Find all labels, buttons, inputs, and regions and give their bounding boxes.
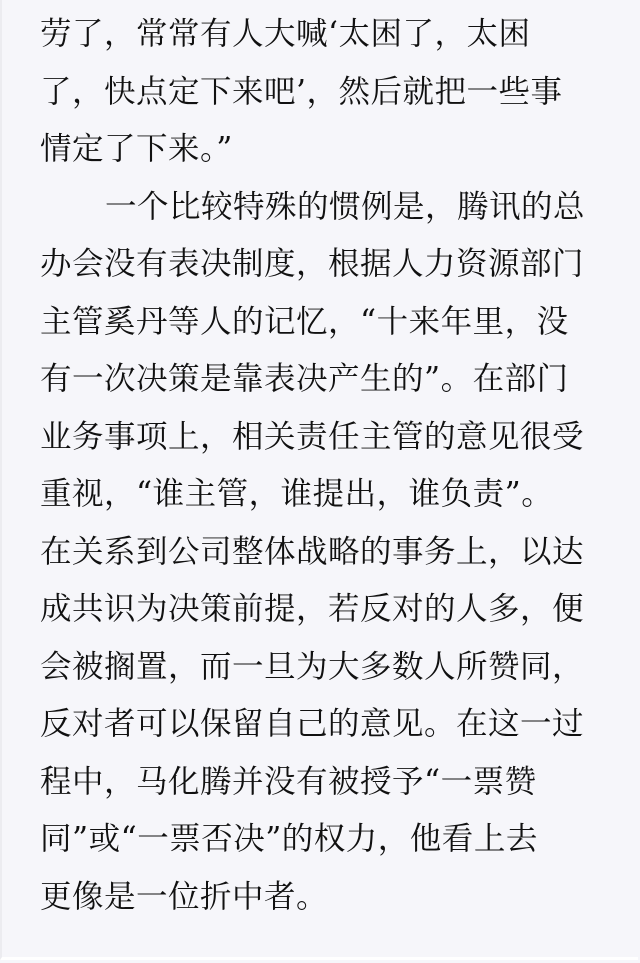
- text-line: 更像是一位折中者。: [40, 869, 612, 927]
- text-line: 一个比较特殊的惯例是，腾讯的总: [40, 179, 612, 237]
- text-line: 了，快点定下来吧’，然后就把一些事: [40, 64, 612, 122]
- text-line: 反对者可以保留自己的意见。在这一过: [40, 696, 612, 754]
- text-line: 在关系到公司整体战略的事务上，以达: [40, 524, 612, 582]
- text-line: 同”或“一票否决”的权力，他看上去: [40, 811, 612, 869]
- paragraph-2: 一个比较特殊的惯例是，腾讯的总 办会没有表决制度，根据人力资源部门 主管奚丹等人…: [40, 179, 612, 927]
- text-line: 情定了下来。”: [40, 121, 612, 179]
- text-line: 程中，马化腾并没有被授予“一票赞: [40, 754, 612, 812]
- paragraph-1: 劳了，常常有人大喊‘太困了，太困 了，快点定下来吧’，然后就把一些事 情定了下来…: [40, 6, 612, 179]
- text-line: 会被搁置，而一旦为大多数人所赞同，: [40, 639, 612, 697]
- text-line: 主管奚丹等人的记忆，“十来年里，没: [40, 294, 612, 352]
- text-line: 有一次决策是靠表决产生的”。在部门: [40, 351, 612, 409]
- document-body: 劳了，常常有人大喊‘太困了，太困 了，快点定下来吧’，然后就把一些事 情定了下来…: [40, 6, 612, 926]
- text-line: 重视，“谁主管，谁提出，谁负责”。: [40, 466, 612, 524]
- text-line: 劳了，常常有人大喊‘太困了，太困: [40, 6, 612, 64]
- document-page: 劳了，常常有人大喊‘太困了，太困 了，快点定下来吧’，然后就把一些事 情定了下来…: [0, 0, 638, 960]
- text-line: 成共识为决策前提，若反对的人多，便: [40, 581, 612, 639]
- text-line: 业务事项上，相关责任主管的意见很受: [40, 409, 612, 467]
- text-line: 办会没有表决制度，根据人力资源部门: [40, 236, 612, 294]
